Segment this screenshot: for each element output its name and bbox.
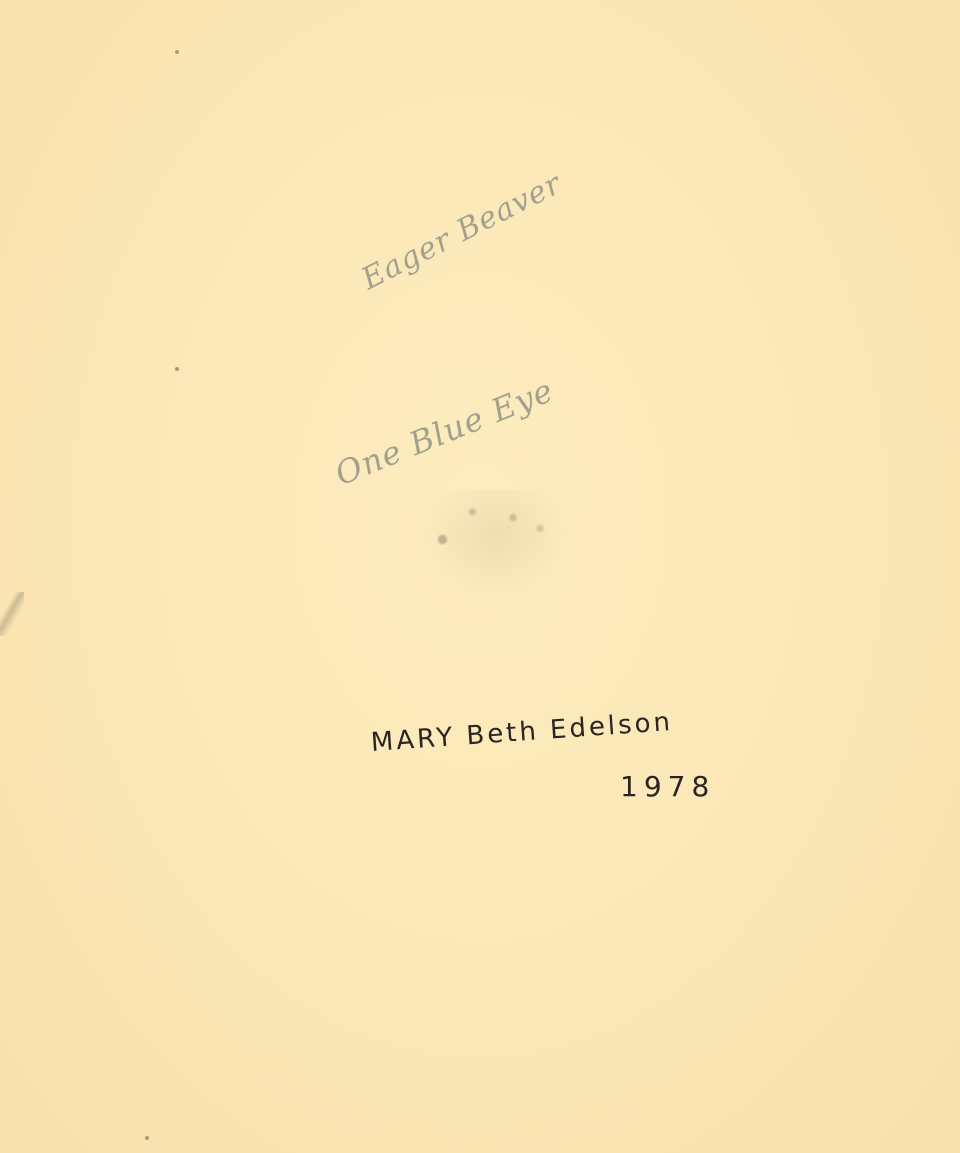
pencil-inscription-eager-beaver: Eager Beaver <box>356 166 567 297</box>
pencil-inscription-one-blue-eye: One Blue Eye <box>330 371 559 493</box>
punch-hole <box>175 367 179 371</box>
artist-signature: MARY Beth Edelson <box>370 707 674 758</box>
edge-mark <box>0 592 24 636</box>
punch-hole <box>175 50 179 54</box>
graphite-smudge <box>420 490 570 600</box>
punch-hole <box>145 1136 149 1140</box>
signature-year: 1978 <box>620 770 715 803</box>
paper-sheet: Eager Beaver One Blue Eye MARY Beth Edel… <box>0 0 960 1153</box>
